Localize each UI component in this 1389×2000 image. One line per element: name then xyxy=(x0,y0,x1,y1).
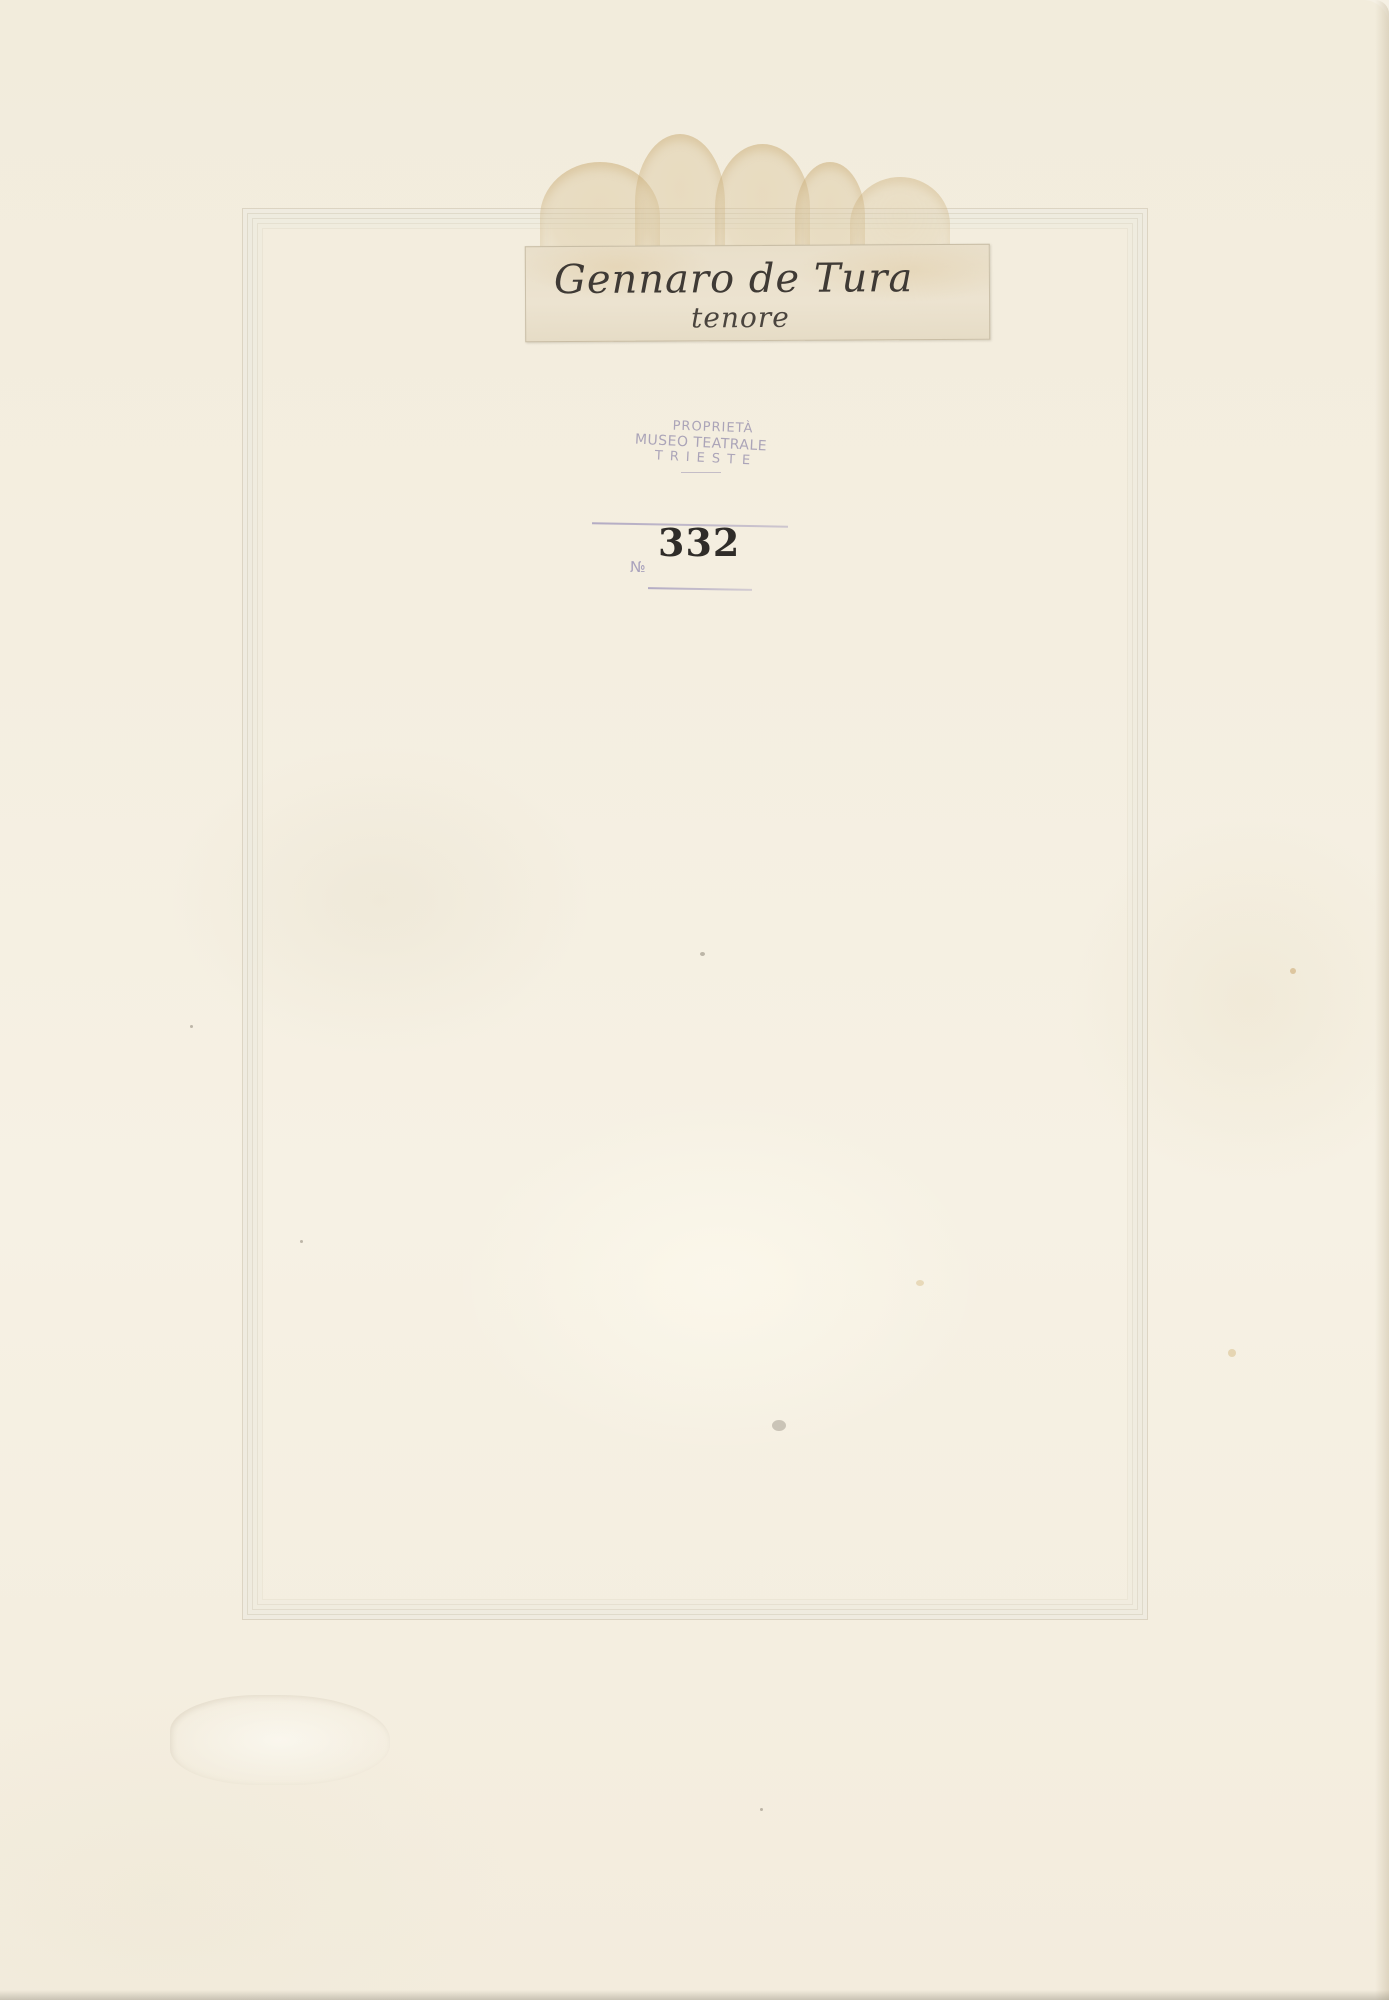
photographer-blind-stamp xyxy=(170,1695,390,1785)
paper-speck xyxy=(760,1808,763,1811)
inventory-number-prefix: № xyxy=(630,558,646,576)
stamp-rule xyxy=(681,472,721,473)
paper-speck xyxy=(772,1420,786,1431)
card-bottom-edge xyxy=(0,1990,1389,2000)
inventory-number: 332 xyxy=(658,520,740,565)
pasted-name-label: Gennaro de Tura tenore xyxy=(525,244,990,342)
paper-speck xyxy=(190,1025,193,1028)
paper-speck xyxy=(700,952,705,956)
label-performer-name: Gennaro de Tura xyxy=(554,255,914,303)
paper-speck xyxy=(1290,968,1296,974)
card-edge-shadow xyxy=(1375,0,1389,2000)
paper-speck xyxy=(300,1240,303,1243)
card-back: Gennaro de Tura tenore PROPRIETÀ MUSEO T… xyxy=(0,0,1389,2000)
paper-speck xyxy=(1228,1349,1236,1357)
museum-ownership-stamp: PROPRIETÀ MUSEO TEATRALE TRIESTE xyxy=(606,420,796,473)
paper-speck xyxy=(916,1280,924,1286)
label-voice-type: tenore xyxy=(691,301,790,335)
